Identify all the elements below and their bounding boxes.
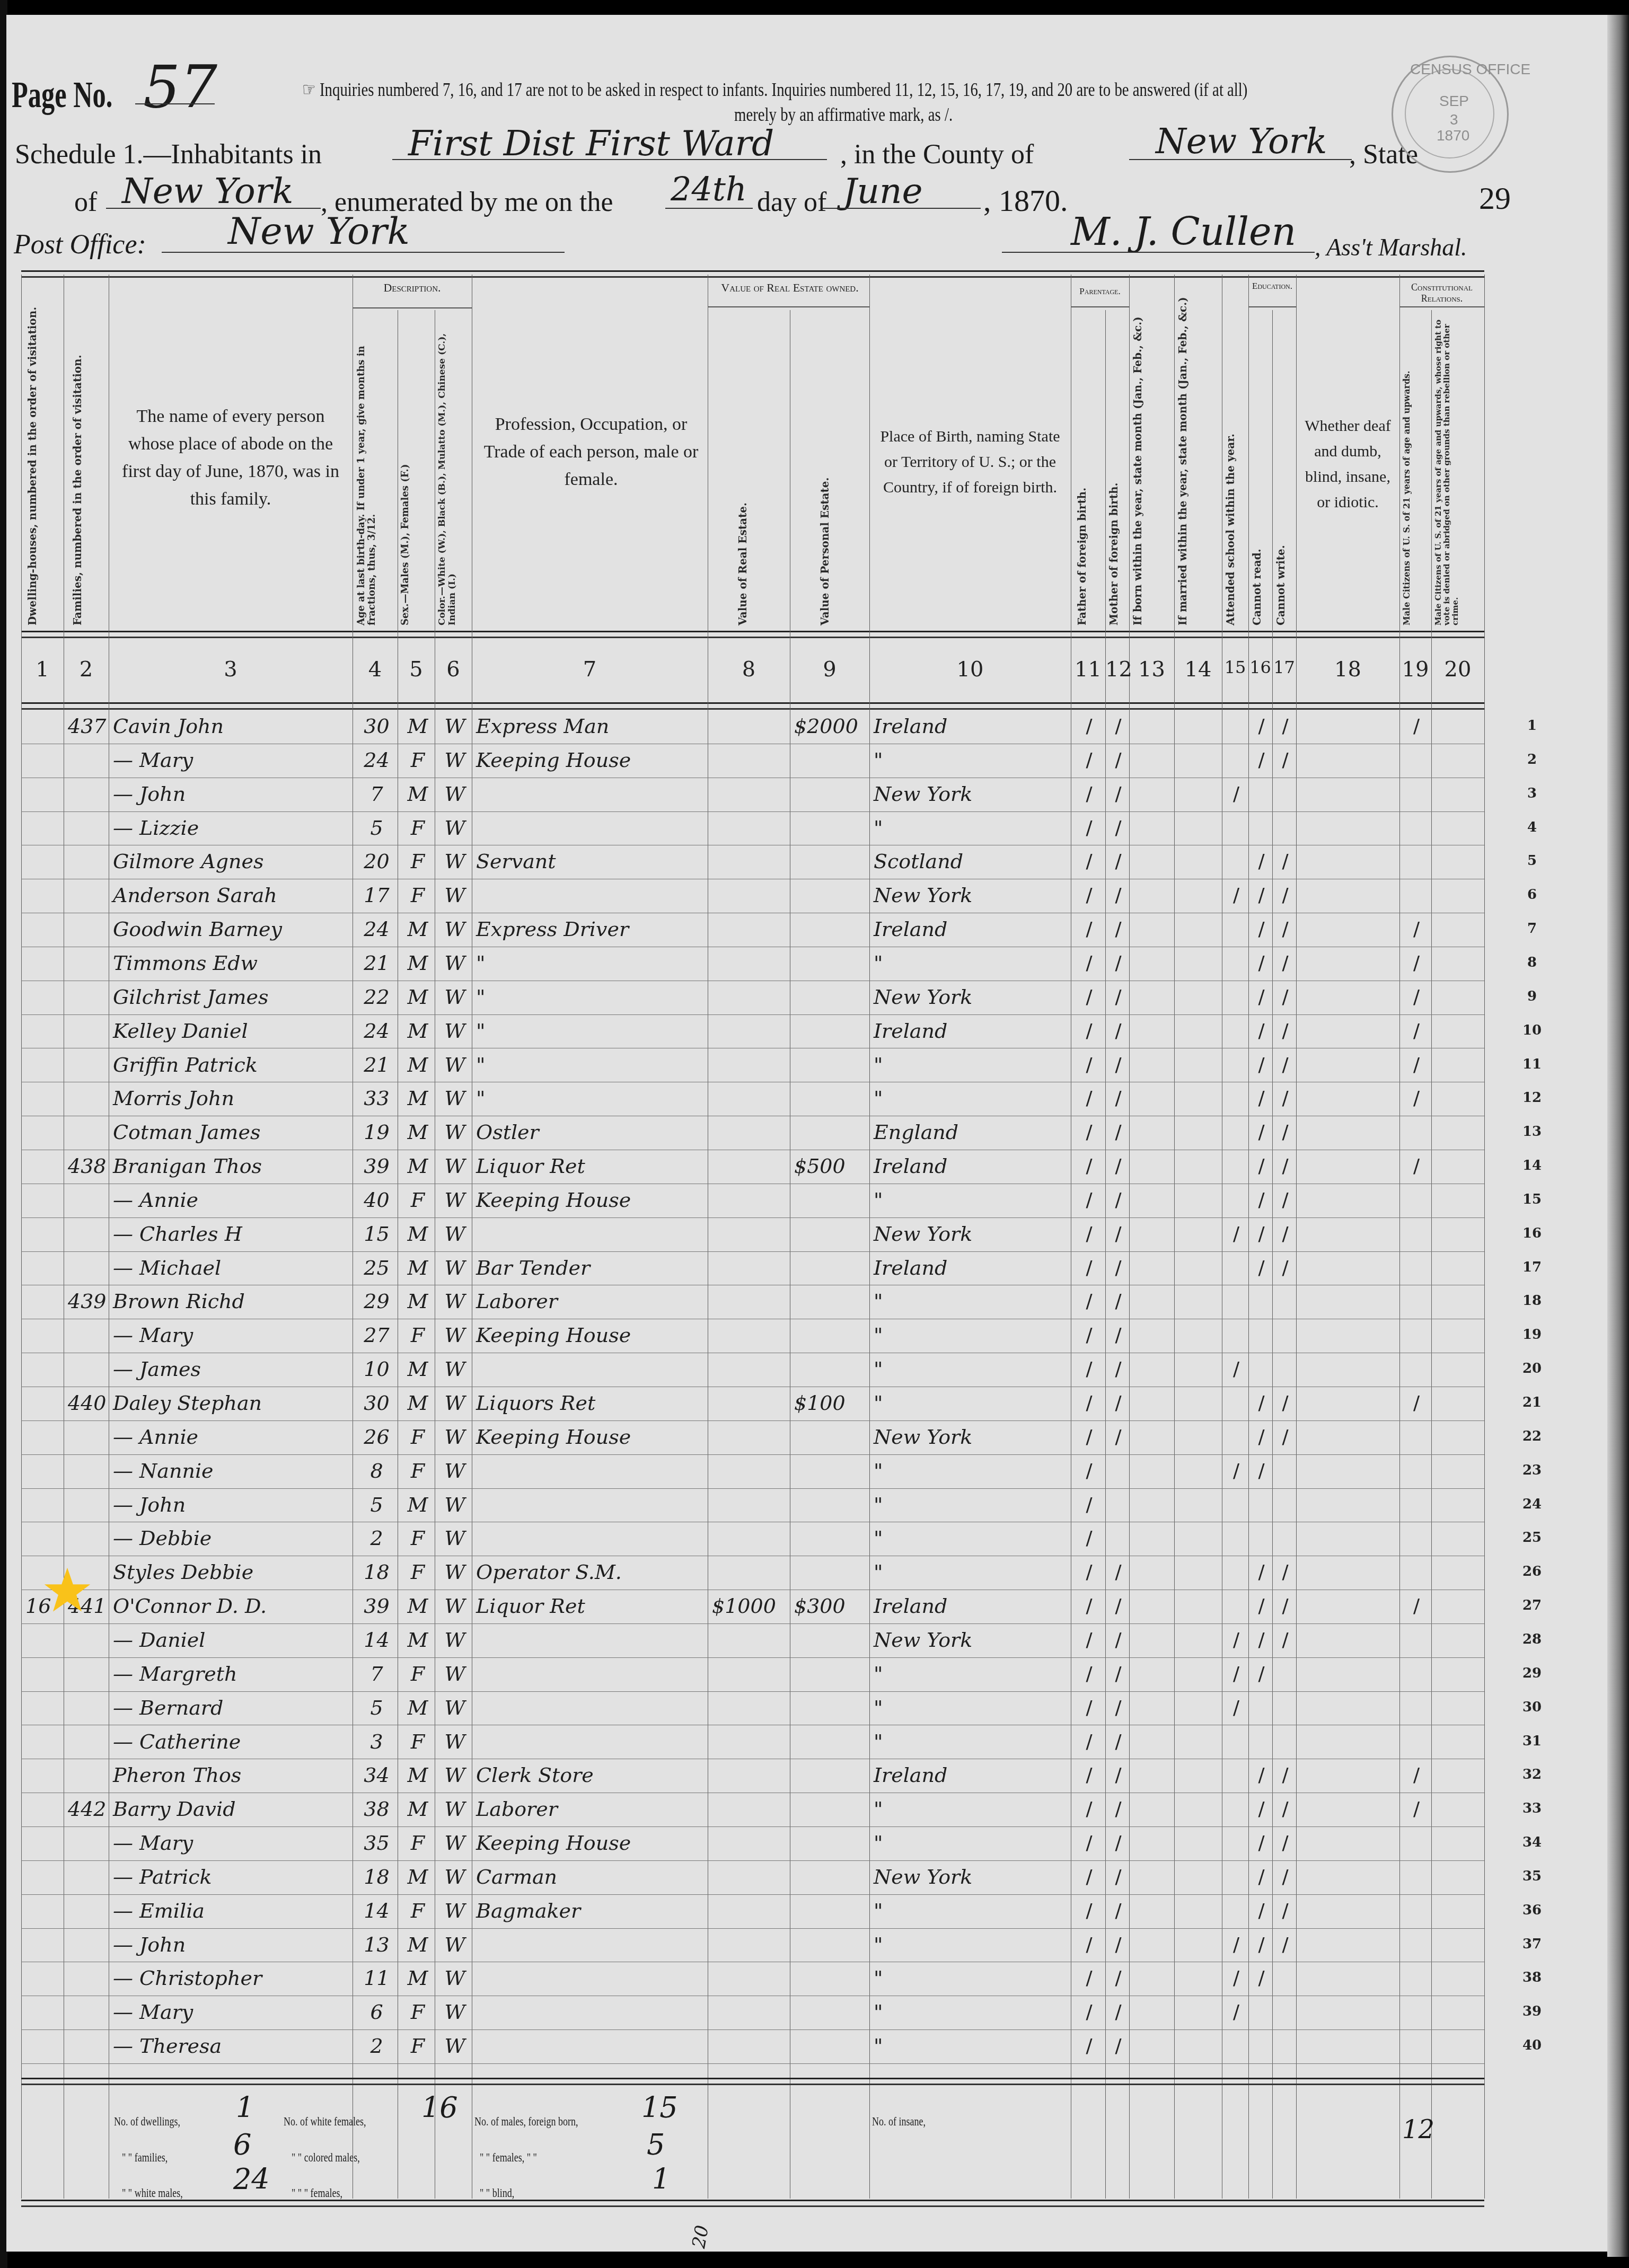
- real-estate-value: [712, 1425, 789, 1452]
- occupation: [476, 1662, 707, 1689]
- footer-families-value: 6: [233, 2128, 251, 2161]
- personal-estate-value: [794, 1222, 868, 1249]
- colnum-11: 11: [1071, 657, 1105, 682]
- affirmative-mark-c11: /: [1074, 749, 1104, 771]
- age: 27: [357, 1323, 397, 1350]
- footer-dwellings-label: No. of dwellings,: [114, 2115, 180, 2129]
- footer-col19-tally: 12: [1402, 2115, 1434, 2145]
- enumeration-month: June: [843, 171, 923, 211]
- real-estate-value: [712, 1154, 789, 1181]
- birthplace: ": [874, 816, 1070, 843]
- personal-estate-value: [794, 1459, 868, 1486]
- sex: F: [402, 1831, 434, 1858]
- affirmative-mark-c11: /: [1074, 919, 1104, 940]
- post-office-value: New York: [228, 209, 410, 253]
- affirmative-mark-c16: /: [1252, 1392, 1271, 1414]
- real-estate-value: [712, 1053, 789, 1080]
- colnum-1: 1: [21, 657, 64, 682]
- age: 34: [357, 1763, 397, 1790]
- affirmative-mark-c12: /: [1108, 1358, 1128, 1380]
- occupation: Keeping House: [476, 1831, 707, 1858]
- table-row: — Emilia14FWBagmaker"////36: [21, 1895, 1484, 1929]
- affirmative-mark-c15: /: [1225, 1663, 1247, 1685]
- header-description-group: Description.: [353, 281, 472, 295]
- affirmative-mark-c12: /: [1108, 885, 1128, 906]
- affirmative-mark-c11: /: [1074, 952, 1104, 974]
- age: 38: [357, 1797, 397, 1824]
- color: W: [439, 1323, 471, 1350]
- affirmative-mark-c17: /: [1275, 952, 1295, 974]
- table-row: — Christopher11MW"////38: [21, 1962, 1484, 1996]
- footer-insane-label: No. of insane,: [872, 2115, 926, 2129]
- line-number: 17: [1516, 1259, 1548, 1275]
- line-number: 13: [1516, 1124, 1548, 1140]
- personal-estate-value: [794, 2000, 868, 2027]
- real-estate-value: [712, 1865, 789, 1892]
- table-row: Gilmore Agnes20FWServantScotland////5: [21, 845, 1484, 879]
- affirmative-mark-c16: /: [1252, 1561, 1271, 1583]
- line-number: 38: [1516, 1970, 1548, 1985]
- occupation: Keeping House: [476, 1188, 707, 1215]
- table-row: Goodwin Barney24MWExpress DriverIreland/…: [21, 913, 1484, 947]
- real-estate-value: [712, 816, 789, 843]
- line-number: 18: [1516, 1293, 1548, 1309]
- affirmative-mark-c11: /: [1074, 1731, 1104, 1753]
- age: 29: [357, 1290, 397, 1316]
- age: 33: [357, 1087, 397, 1113]
- row-rule: [21, 2063, 1484, 2064]
- line-number: 28: [1516, 1631, 1548, 1647]
- affirmative-mark-c15: /: [1225, 1967, 1247, 1989]
- stamp-year: 1870: [1437, 127, 1469, 144]
- person-name: — Mary: [113, 1831, 351, 1858]
- birthplace: Ireland: [874, 1594, 1070, 1621]
- birthplace: ": [874, 1797, 1070, 1824]
- family-number: [68, 1628, 108, 1655]
- color: W: [439, 1425, 471, 1452]
- age: 2: [357, 2034, 397, 2061]
- person-name: — Daniel: [113, 1628, 351, 1655]
- color: W: [439, 1594, 471, 1621]
- colnum-4: 4: [353, 657, 398, 682]
- real-estate-value: [712, 1391, 789, 1418]
- affirmative-mark-c19: /: [1403, 1798, 1430, 1820]
- real-estate-value: [712, 714, 789, 741]
- affirmative-mark-c12: /: [1108, 1697, 1128, 1719]
- table-row: — Annie40FWKeeping House"////15: [21, 1184, 1484, 1218]
- birthplace: Ireland: [874, 1154, 1070, 1181]
- birthplace: New York: [874, 1425, 1070, 1452]
- sex: M: [402, 1120, 434, 1147]
- line-number: 31: [1516, 1733, 1548, 1749]
- line-number: 24: [1516, 1496, 1548, 1512]
- affirmative-mark-c12: /: [1108, 986, 1128, 1008]
- affirmative-mark-c11: /: [1074, 1020, 1104, 1042]
- birthplace: ": [874, 2000, 1070, 2027]
- occupation: Keeping House: [476, 1425, 707, 1452]
- color: W: [439, 1087, 471, 1113]
- sex: F: [402, 850, 434, 876]
- affirmative-mark-c11: /: [1074, 1528, 1104, 1549]
- affirmative-mark-c11: /: [1074, 817, 1104, 839]
- month-underline: [822, 208, 981, 209]
- person-name: Gilchrist James: [113, 985, 351, 1012]
- affirmative-mark-c11: /: [1074, 1798, 1104, 1820]
- personal-estate-value: [794, 1831, 868, 1858]
- table-row: — Margreth7FW"////29: [21, 1658, 1484, 1692]
- family-number: [68, 951, 108, 978]
- page-number-value: 57: [143, 53, 217, 121]
- affirmative-mark-c12: /: [1108, 1934, 1128, 1956]
- sex: M: [402, 714, 434, 741]
- affirmative-mark-c11: /: [1074, 986, 1104, 1008]
- birthplace: ": [874, 1053, 1070, 1080]
- sex: M: [402, 1391, 434, 1418]
- color: W: [439, 1188, 471, 1215]
- real-estate-value: [712, 1966, 789, 1993]
- sex: F: [402, 2034, 434, 2061]
- affirmative-mark-c16: /: [1252, 1629, 1271, 1651]
- family-number: [68, 2034, 108, 2061]
- parentage-group-rule: [1071, 306, 1129, 307]
- affirmative-mark-c16: /: [1252, 1460, 1271, 1482]
- line-number: 40: [1516, 2037, 1548, 2053]
- real-estate-value: [712, 748, 789, 775]
- birthplace: ": [874, 1290, 1070, 1316]
- color: W: [439, 850, 471, 876]
- personal-estate-value: [794, 1966, 868, 1993]
- affirmative-mark-c16: /: [1252, 716, 1271, 737]
- affirmative-mark-c16: /: [1252, 1764, 1271, 1786]
- affirmative-mark-c16: /: [1252, 1054, 1271, 1076]
- occupation: [476, 1730, 707, 1757]
- personal-estate-value: $100: [794, 1391, 868, 1418]
- line-number: 33: [1516, 1801, 1548, 1816]
- sex: M: [402, 1594, 434, 1621]
- affirmative-mark-c16: /: [1252, 1798, 1271, 1820]
- line-number: 15: [1516, 1192, 1548, 1207]
- family-number: [68, 748, 108, 775]
- personal-estate-value: [794, 1730, 868, 1757]
- birthplace: Ireland: [874, 714, 1070, 741]
- occupation: Laborer: [476, 1290, 707, 1316]
- affirmative-mark-c11: /: [1074, 1629, 1104, 1651]
- color: W: [439, 1899, 471, 1926]
- affirmative-mark-c12: /: [1108, 1595, 1128, 1617]
- affirmative-mark-c11: /: [1074, 851, 1104, 872]
- table-row: — James10MW"///20: [21, 1353, 1484, 1387]
- sex: F: [402, 816, 434, 843]
- occupation: Liquors Ret: [476, 1391, 707, 1418]
- table-row: — Annie26FWKeeping HouseNew York////22: [21, 1421, 1484, 1455]
- footer-females-foreign-value: 5: [647, 2128, 665, 2161]
- colnum-3: 3: [109, 657, 353, 682]
- affirmative-mark-c17: /: [1275, 1629, 1295, 1651]
- affirmative-mark-c17: /: [1275, 1020, 1295, 1042]
- affirmative-mark-c17: /: [1275, 851, 1295, 872]
- personal-estate-value: [794, 1290, 868, 1316]
- affirmative-mark-c16: /: [1252, 1967, 1271, 1989]
- birthplace: England: [874, 1120, 1070, 1147]
- person-name: — Michael: [113, 1256, 351, 1283]
- header-col8: Value of Real Estate.: [737, 315, 758, 625]
- color: W: [439, 1222, 471, 1249]
- real-estate-value: [712, 1763, 789, 1790]
- occupation: [476, 1628, 707, 1655]
- line-number: 35: [1516, 1868, 1548, 1884]
- age: 30: [357, 714, 397, 741]
- color: W: [439, 1933, 471, 1960]
- table-row: — Catherine3FW"//31: [21, 1726, 1484, 1760]
- person-name: — John: [113, 1933, 351, 1960]
- affirmative-mark-c16: /: [1252, 1257, 1271, 1279]
- family-number: [68, 1526, 108, 1553]
- sex: F: [402, 1459, 434, 1486]
- table-row: 438Branigan Thos39MWLiquor Ret$500Irelan…: [21, 1150, 1484, 1184]
- table-row: Anderson Sarah17FWNew York/////6: [21, 879, 1484, 913]
- family-number: [68, 1763, 108, 1790]
- table-row: — Daniel14MWNew York/////28: [21, 1624, 1484, 1658]
- color: W: [439, 1391, 471, 1418]
- table-row: Cotman James19MWOstlerEngland////13: [21, 1116, 1484, 1150]
- affirmative-mark-c12: /: [1108, 851, 1128, 872]
- birthplace: ": [874, 1357, 1070, 1384]
- color: W: [439, 1493, 471, 1520]
- occupation: [476, 1526, 707, 1553]
- personal-estate-value: [794, 1662, 868, 1689]
- header-parentage-group: Parentage.: [1071, 286, 1129, 297]
- birthplace: ": [874, 1696, 1070, 1723]
- age: 10: [357, 1357, 397, 1384]
- age: 15: [357, 1222, 397, 1249]
- age: 6: [357, 2000, 397, 2027]
- affirmative-mark-c16: /: [1252, 1866, 1271, 1888]
- sex: F: [402, 1425, 434, 1452]
- personal-estate-value: [794, 1763, 868, 1790]
- colnum-14: 14: [1174, 657, 1222, 682]
- header-bottom-rule: [21, 631, 1484, 638]
- affirmative-mark-c15: /: [1225, 1629, 1247, 1651]
- colnum-18: 18: [1296, 657, 1399, 682]
- line-number: 26: [1516, 1564, 1548, 1579]
- affirmative-mark-c16: /: [1252, 1155, 1271, 1177]
- family-number: [68, 850, 108, 876]
- family-number: [68, 1425, 108, 1452]
- sheet-number: 29: [1479, 180, 1511, 217]
- line-number: 7: [1516, 921, 1548, 937]
- affirmative-mark-c12: /: [1108, 1866, 1128, 1888]
- affirmative-mark-c11: /: [1074, 1426, 1104, 1448]
- color: W: [439, 1966, 471, 1993]
- signature-underline: [1002, 252, 1315, 253]
- age: 39: [357, 1154, 397, 1181]
- birthplace: ": [874, 1323, 1070, 1350]
- colnum-7: 7: [472, 657, 708, 682]
- real-estate-value: [712, 850, 789, 876]
- line-number: 10: [1516, 1022, 1548, 1038]
- real-estate-value: [712, 1290, 789, 1316]
- color: W: [439, 1459, 471, 1486]
- real-estate-value: [712, 1696, 789, 1723]
- personal-estate-value: [794, 1323, 868, 1350]
- table-row: — Mary24FWKeeping House"////2: [21, 744, 1484, 778]
- personal-estate-value: [794, 748, 868, 775]
- affirmative-mark-c11: /: [1074, 1460, 1104, 1482]
- footer-bottom-rule: [21, 2200, 1484, 2207]
- affirmative-mark-c11: /: [1074, 1257, 1104, 1279]
- color: W: [439, 816, 471, 843]
- personal-estate-value: [794, 2034, 868, 2061]
- age: 2: [357, 1526, 397, 1553]
- person-name: Pheron Thos: [113, 1763, 351, 1790]
- family-number: 440: [68, 1391, 108, 1418]
- colnum-16: 16: [1248, 657, 1272, 677]
- occupation: Bar Tender: [476, 1256, 707, 1283]
- table-row: Morris John33MW""/////12: [21, 1082, 1484, 1116]
- age: 8: [357, 1459, 397, 1486]
- affirmative-mark-c15: /: [1225, 1223, 1247, 1245]
- birthplace: ": [874, 1662, 1070, 1689]
- header-col9: Value of Personal Estate.: [819, 315, 840, 625]
- affirmative-mark-c17: /: [1275, 885, 1295, 906]
- birthplace: New York: [874, 1222, 1070, 1249]
- birthplace: ": [874, 1391, 1070, 1418]
- sex: M: [402, 1763, 434, 1790]
- affirmative-mark-c11: /: [1074, 1358, 1104, 1380]
- sex: M: [402, 1087, 434, 1113]
- occupation: [476, 884, 707, 910]
- birthplace: ": [874, 748, 1070, 775]
- sex: F: [402, 1560, 434, 1587]
- marshal-label: , Ass't Marshal.: [1315, 233, 1467, 261]
- footer-males-foreign-label: No. of males, foreign born,: [474, 2115, 578, 2129]
- color: W: [439, 714, 471, 741]
- occupation: Keeping House: [476, 1323, 707, 1350]
- color: W: [439, 1865, 471, 1892]
- real-estate-value: [712, 1459, 789, 1486]
- real-estate-value: $1000: [712, 1594, 789, 1621]
- affirmative-mark-c16: /: [1252, 1595, 1271, 1617]
- affirmative-mark-c12: /: [1108, 749, 1128, 771]
- county-label: , in the County of: [840, 139, 1034, 170]
- occupation: Express Man: [476, 714, 707, 741]
- header-col15: Attended school within the year.: [1225, 286, 1246, 625]
- affirmative-mark-c12: /: [1108, 1155, 1128, 1177]
- family-number: [68, 1933, 108, 1960]
- sex: F: [402, 1526, 434, 1553]
- personal-estate-value: [794, 782, 868, 809]
- affirmative-mark-c12: /: [1108, 783, 1128, 805]
- birthplace: Ireland: [874, 1763, 1070, 1790]
- day-of-label: day of: [757, 187, 826, 218]
- age: 7: [357, 782, 397, 809]
- family-number: [68, 1493, 108, 1520]
- sex: M: [402, 1357, 434, 1384]
- header-col19: Male Citizens of U. S. of 21 years of ag…: [1402, 315, 1430, 625]
- birthplace: ": [874, 1526, 1070, 1553]
- real-estate-value: [712, 951, 789, 978]
- marshal-signature: M. J. Cullen: [1071, 209, 1296, 254]
- footer-families-label: " " families,: [122, 2151, 168, 2165]
- line-number: 27: [1516, 1598, 1548, 1613]
- affirmative-mark-c17: /: [1275, 1054, 1295, 1076]
- affirmative-mark-c11: /: [1074, 1663, 1104, 1685]
- color: W: [439, 1831, 471, 1858]
- age: 20: [357, 850, 397, 876]
- table-row: Kelley Daniel24MW"Ireland/////10: [21, 1015, 1484, 1049]
- age: 21: [357, 1053, 397, 1080]
- affirmative-mark-c12: /: [1108, 716, 1128, 737]
- occupation: Express Driver: [476, 917, 707, 944]
- footer-white-females-value: 16: [421, 2091, 458, 2124]
- age: 35: [357, 1831, 397, 1858]
- age: 39: [357, 1594, 397, 1621]
- birthplace: New York: [874, 1628, 1070, 1655]
- table-row: — Mary6FW"///39: [21, 1996, 1484, 2030]
- line-number: 29: [1516, 1665, 1548, 1681]
- affirmative-mark-c16: /: [1252, 1088, 1271, 1109]
- color: W: [439, 884, 471, 910]
- color: W: [439, 917, 471, 944]
- color: W: [439, 1560, 471, 1587]
- footer-top-rule: [21, 2078, 1484, 2085]
- family-number: [68, 1966, 108, 1993]
- header-col20: Male Citizens of U. S. of 21 years of ag…: [1434, 315, 1482, 625]
- birthplace: ": [874, 2034, 1070, 2061]
- line-number: 14: [1516, 1158, 1548, 1173]
- table-row: — Bernard5MW"///30: [21, 1692, 1484, 1726]
- color: W: [439, 951, 471, 978]
- real-estate-value: [712, 1899, 789, 1926]
- schedule-place: First Dist First Ward: [408, 123, 774, 164]
- table-row: — Patrick18MWCarmanNew York////35: [21, 1861, 1484, 1895]
- person-name: Barry David: [113, 1797, 351, 1824]
- header-col2: Families, numbered in the order of visit…: [72, 286, 104, 625]
- color: W: [439, 1526, 471, 1553]
- colnum-15: 15: [1222, 657, 1248, 677]
- person-name: Gilmore Agnes: [113, 850, 351, 876]
- table-row: — Mary27FWKeeping House"//19: [21, 1319, 1484, 1353]
- footer-blind-label: " " blind,: [480, 2186, 514, 2201]
- personal-estate-value: [794, 1933, 868, 1960]
- real-estate-value: [712, 1662, 789, 1689]
- occupation: [476, 1696, 707, 1723]
- enumeration-day: 24th: [671, 170, 747, 208]
- color: W: [439, 1662, 471, 1689]
- person-name: — James: [113, 1357, 351, 1384]
- line-number: 22: [1516, 1428, 1548, 1444]
- person-name: — Mary: [113, 2000, 351, 2027]
- personal-estate-value: [794, 1120, 868, 1147]
- affirmative-mark-c16: /: [1252, 1900, 1271, 1922]
- family-number: [68, 985, 108, 1012]
- affirmative-mark-c11: /: [1074, 1866, 1104, 1888]
- affirmative-mark-c12: /: [1108, 1189, 1128, 1211]
- birthplace: ": [874, 1493, 1070, 1520]
- person-name: — Annie: [113, 1188, 351, 1215]
- header-col12: Mother of foreign birth.: [1108, 315, 1127, 625]
- affirmative-mark-c19: /: [1403, 919, 1430, 940]
- footer-colored-males-label: " " colored males,: [292, 2151, 360, 2165]
- age: 14: [357, 1628, 397, 1655]
- personal-estate-value: [794, 951, 868, 978]
- real-estate-value: [712, 1628, 789, 1655]
- affirmative-mark-c19: /: [1403, 986, 1430, 1008]
- personal-estate-value: [794, 1053, 868, 1080]
- occupation: [476, 2034, 707, 2061]
- realestate-group-rule: [708, 306, 869, 307]
- affirmative-mark-c19: /: [1403, 1054, 1430, 1076]
